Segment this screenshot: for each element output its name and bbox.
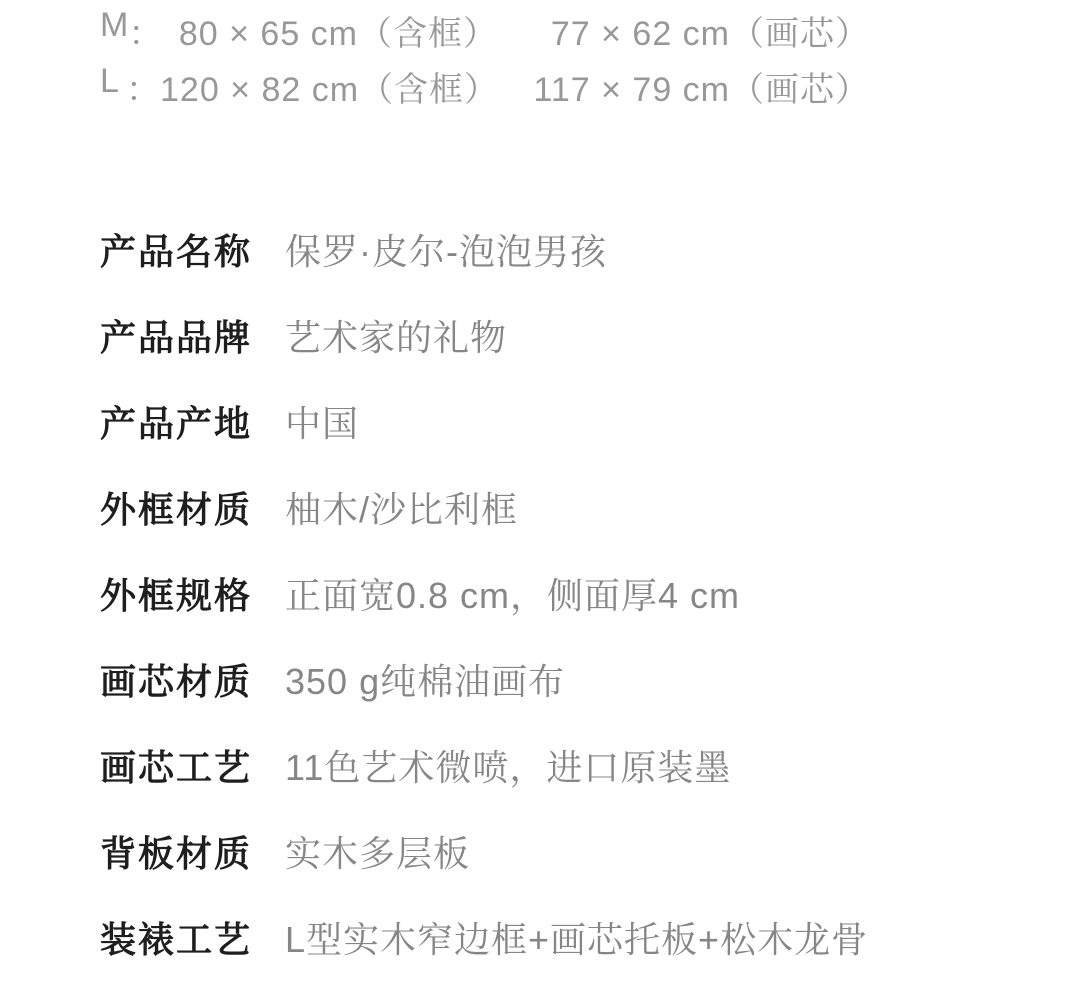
spec-row-canvas-material: 画芯材质 350 g纯棉油画布 (100, 636, 868, 722)
spec-row-canvas-craft: 画芯工艺 11色艺术微喷，进口原装墨 (100, 722, 868, 808)
spec-value: 350 g纯棉油画布 (285, 654, 565, 705)
spec-label: 装裱工艺 (100, 912, 260, 963)
spec-value: 实木多层板 (285, 826, 470, 877)
spec-label: 产品产地 (100, 396, 260, 447)
spec-label: 外框材质 (100, 482, 260, 533)
spec-row-frame-spec: 外框规格 正面宽0.8 cm，侧面厚4 cm (100, 550, 868, 636)
spec-value: 正面宽0.8 cm，侧面厚4 cm (285, 568, 740, 619)
size-options-block: M ： 80 × 65 cm（含框） 77 × 62 cm（画芯） L ： 12… (100, 2, 870, 114)
spec-label: 产品名称 (100, 224, 260, 275)
size-letter-l: L ： (100, 62, 160, 111)
spec-row-product-name: 产品名称 保罗·皮尔-泡泡男孩 (100, 206, 868, 292)
size-letter: M (100, 6, 128, 55)
spec-label: 背板材质 (100, 826, 260, 877)
spec-label: 画芯工艺 (100, 740, 260, 791)
spec-value: 艺术家的礼物 (285, 310, 507, 361)
size-colon: ： (126, 62, 160, 111)
spec-row-product-brand: 产品品牌 艺术家的礼物 (100, 292, 868, 378)
size-line-m: M ： 80 × 65 cm（含框） 77 × 62 cm（画芯） (100, 2, 870, 58)
size-m-core-dimensions: 77 × 62 cm（画芯） (498, 6, 870, 55)
spec-row-backboard-material: 背板材质 实木多层板 (100, 808, 868, 894)
spec-value: 11色艺术微喷，进口原装墨 (285, 740, 731, 791)
spec-label: 画芯材质 (100, 654, 260, 705)
spec-label: 产品品牌 (100, 310, 260, 361)
size-line-l: L ： 120 × 82 cm（含框） 117 × 79 cm（画芯） (100, 58, 870, 114)
spec-row-product-origin: 产品产地 中国 (100, 378, 868, 464)
spec-value: L型实木窄边框+画芯托板+松木龙骨 (285, 912, 868, 963)
spec-list: 产品名称 保罗·皮尔-泡泡男孩 产品品牌 艺术家的礼物 产品产地 中国 外框材质… (100, 206, 868, 980)
size-l-frame-dimensions: 120 × 82 cm（含框） (160, 62, 498, 111)
size-m-frame-dimensions: 80 × 65 cm（含框） (160, 6, 498, 55)
spec-value: 柚木/沙比利框 (285, 482, 518, 533)
size-colon: ： (128, 6, 162, 55)
spec-row-mounting-craft: 装裱工艺 L型实木窄边框+画芯托板+松木龙骨 (100, 894, 868, 980)
product-spec-section: M ： 80 × 65 cm（含框） 77 × 62 cm（画芯） L ： 12… (0, 0, 1080, 1000)
size-letter: L (100, 62, 119, 111)
spec-label: 外框规格 (100, 568, 260, 619)
spec-value: 保罗·皮尔-泡泡男孩 (285, 224, 607, 275)
spec-value: 中国 (285, 396, 359, 447)
size-letter-m: M ： (100, 6, 160, 55)
size-l-core-dimensions: 117 × 79 cm（画芯） (498, 62, 870, 111)
spec-row-frame-material: 外框材质 柚木/沙比利框 (100, 464, 868, 550)
